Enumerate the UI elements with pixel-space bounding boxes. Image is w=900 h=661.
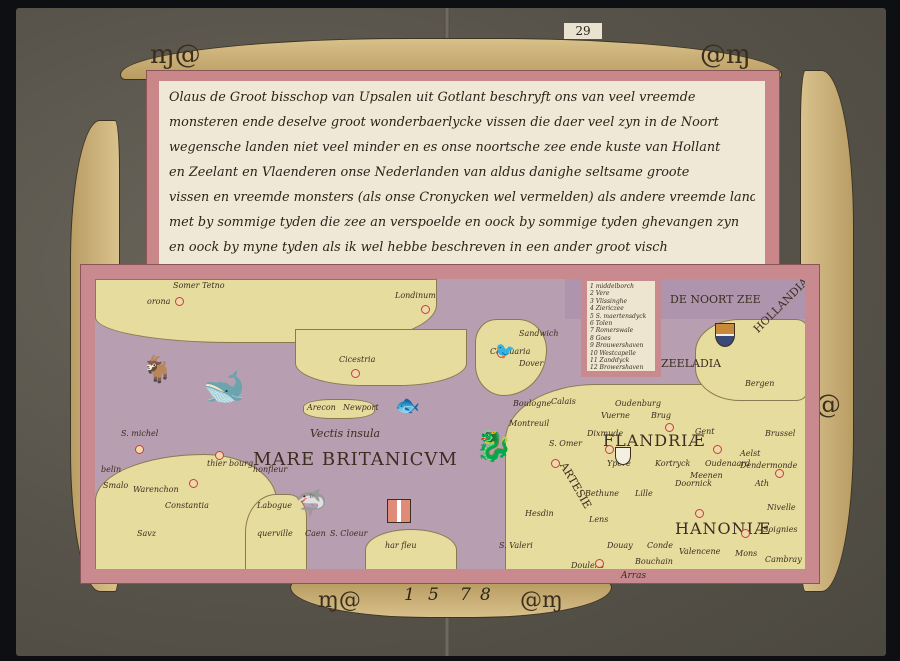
whale-icon: 🐋 [203, 367, 245, 407]
town-marker-icon [595, 559, 604, 568]
place-label: S. Omer [549, 439, 582, 448]
flanders-lion-icon [615, 447, 631, 465]
place-label: Labogue [257, 501, 292, 510]
england-landmass [295, 329, 467, 386]
text-panel: Olaus de Groot bisschop van Upsalen uit … [146, 70, 780, 282]
town-marker-icon [695, 509, 704, 518]
place-label: orona [147, 297, 170, 306]
hanoniae-label: HANONIÆ [675, 519, 771, 538]
place-label: Newport [343, 403, 379, 412]
text-line: monsteren ende deselve groot wonderbaerl… [169, 110, 755, 135]
place-label: Warenchon [133, 485, 179, 494]
place-label: Aelst [740, 449, 760, 458]
place-label: Caen [305, 529, 326, 538]
place-label: Montreuil [509, 419, 549, 428]
place-label: Cambray [765, 555, 802, 564]
town-marker-icon [351, 369, 360, 378]
map-area: MARE BRITANICVM DE NOORT ZEE Vectis insu… [95, 279, 805, 569]
sea-creature-icon: 🐟 [395, 393, 420, 417]
year-digit: 5 [428, 585, 439, 605]
legend-item: 12 Browershaven [590, 364, 652, 371]
legend-item: 11 Zanddyck [590, 357, 652, 364]
legend-item: 6 Tolen [590, 320, 652, 327]
place-label: Savz [137, 529, 156, 538]
place-label: Nivelle [767, 503, 796, 512]
place-label: Cicestria [339, 355, 375, 364]
place-label: Arecon [307, 403, 336, 412]
bird-icon: 🐦 [495, 341, 515, 360]
scroll-curl-icon: ɱ@ [150, 40, 201, 70]
shark-icon: 🦈 [295, 489, 327, 519]
scroll-curl-icon: @ɱ [700, 40, 751, 70]
place-label: Smalo [103, 481, 128, 490]
place-label: Hesdin [525, 509, 554, 518]
place-label: Sandwich [519, 329, 559, 338]
place-label: Calais [551, 397, 576, 406]
zeeland-legend: 1 middelborch 2 Vere 3 Vlissinghe 4 Zier… [581, 279, 661, 377]
place-label: Brug [651, 411, 671, 420]
legend-item: 4 Ziericzee [590, 305, 652, 312]
town-marker-icon [135, 445, 144, 454]
place-label: Londinum [395, 291, 436, 300]
place-label: Lens [589, 515, 608, 524]
text-line: en oock by myne tyden als ik wel hebbe b… [169, 235, 755, 260]
place-label: Dover [519, 359, 543, 368]
town-marker-icon [665, 423, 674, 432]
arras-edge-label: Arras [621, 571, 646, 581]
scroll-curl-icon: ɱ@ [318, 588, 361, 613]
place-label: querville [257, 529, 293, 538]
text-line: en Zeelant en Vlaenderen onse Nederlande… [169, 160, 755, 185]
year-digit: 8 [480, 585, 491, 605]
folio-number: 29 [564, 23, 602, 39]
compass-cross-icon [387, 499, 411, 523]
noort-zee-label: DE NOORT ZEE [670, 293, 761, 306]
sea-monster-icon: 🐐 [141, 355, 173, 385]
legend-item: 5 S. maertensdyck [590, 313, 652, 320]
legend-item: 10 Westcapelle [590, 350, 652, 357]
place-label: honfleur [253, 465, 287, 474]
place-label: Bethune [585, 489, 619, 498]
place-label: Brussel [765, 429, 795, 438]
place-label: Bouchain [635, 557, 673, 566]
place-label: Lille [635, 489, 653, 498]
town-marker-icon [775, 469, 784, 478]
town-marker-icon [551, 459, 560, 468]
place-label: Soignies [763, 525, 798, 534]
year-digit: 7 [460, 585, 471, 605]
text-line: Olaus de Groot bisschop van Upsalen uit … [169, 85, 755, 110]
place-label: Valencene [679, 547, 720, 556]
place-label: thier bourg [207, 459, 253, 468]
legend-item: 7 Romerswale [590, 327, 652, 334]
year-digit: 1 [404, 585, 415, 605]
legend-item: 8 Goes [590, 335, 652, 342]
text-line: wegensche landen niet veel minder en es … [169, 135, 755, 160]
place-label: Conde [647, 541, 673, 550]
place-label: belin [101, 465, 121, 474]
place-label: Gent [695, 427, 715, 436]
town-marker-icon [175, 297, 184, 306]
place-label: Kortryck [655, 459, 690, 468]
map-panel: MARE BRITANICVM DE NOORT ZEE Vectis insu… [80, 264, 820, 584]
place-label: Vuerne [601, 411, 630, 420]
town-marker-icon [421, 305, 430, 314]
handwritten-text-block: Olaus de Groot bisschop van Upsalen uit … [159, 81, 765, 269]
place-label: S. michel [121, 429, 158, 438]
place-label: Meenen [690, 471, 723, 480]
legend-item: 9 Brouwershaven [590, 342, 652, 349]
place-label: Ath [755, 479, 769, 488]
town-marker-icon [215, 451, 224, 460]
legend-item: 3 Vlissinghe [590, 298, 652, 305]
legend-item: 2 Vere [590, 290, 652, 297]
zeeland-arms-icon [715, 323, 735, 347]
scroll-curl-icon: @ɱ [520, 588, 563, 613]
place-label: Dixmude [587, 429, 623, 438]
town-marker-icon [741, 529, 750, 538]
place-label: Dendermonde [740, 461, 797, 470]
zeelandia-label: ZEELADIA [661, 357, 721, 370]
vectis-label: Vectis insula [310, 427, 380, 440]
town-marker-icon [189, 479, 198, 488]
town-marker-icon [713, 445, 722, 454]
place-label: Douay [607, 541, 633, 550]
text-line: vissen en vreemde monsters (als onse Cro… [169, 185, 755, 210]
place-label: Doornick [675, 479, 712, 488]
place-label: Boulogne [513, 399, 551, 408]
legend-item: 1 middelborch [590, 283, 652, 290]
place-label: Constantia [165, 501, 209, 510]
place-label: Mons [735, 549, 757, 558]
place-label: har fleu [385, 541, 417, 550]
place-label: Bergen [745, 379, 774, 388]
text-line: met by sommige tyden die zee an verspoel… [169, 210, 755, 235]
place-label: S. Cloeur [330, 529, 368, 538]
sea-serpent-icon: 🐉 [475, 429, 512, 464]
place-label: Oudenburg [615, 399, 661, 408]
place-label: S. Valeri [499, 541, 533, 550]
place-label: Somer Tetno [173, 281, 225, 290]
town-marker-icon [605, 445, 614, 454]
